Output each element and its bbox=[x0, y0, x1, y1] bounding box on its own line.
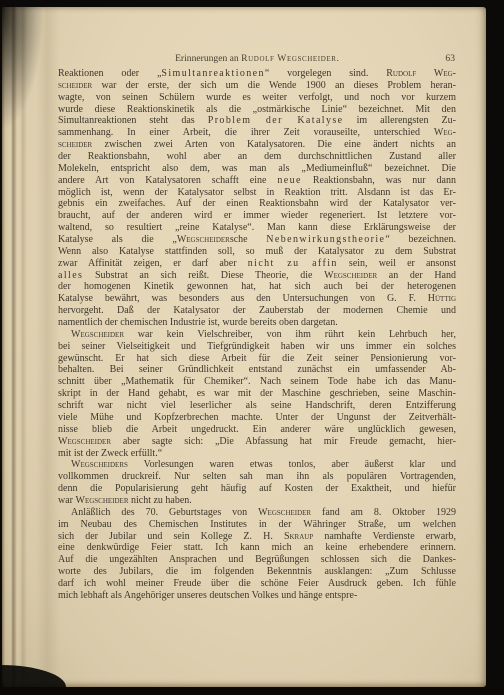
text-block: Erinnerungen an Rudolf Wegscheider. 63 R… bbox=[58, 52, 456, 602]
text-line: Reaktionen oder „Simultanreaktionen“ vor… bbox=[58, 68, 456, 80]
text-line: gebnis ein zweifaches. Auf der einen Rea… bbox=[58, 198, 456, 210]
small-caps-name: Wegscheider bbox=[71, 329, 124, 340]
emphasized-spaced-text: neue bbox=[277, 175, 301, 186]
text-line: alles Substrat an sich reißt. Diese Theo… bbox=[58, 270, 456, 282]
small-caps-name: scheider bbox=[58, 139, 92, 150]
small-caps-name: Rudolf Weg- bbox=[386, 68, 456, 79]
text-run: Reaktionsbahn, was nur dann bbox=[302, 175, 456, 186]
text-line: skript in der Hand gehabt, es war mit de… bbox=[58, 388, 456, 400]
text-line: war Wegscheider nicht zu haben. bbox=[58, 495, 456, 507]
text-run: sich der Jubilar und sein Kollege Z. H. bbox=[58, 531, 284, 542]
text-run: sche bbox=[230, 234, 266, 245]
text-run: viele Mühe und Kopfzerbrechen machte. Un… bbox=[58, 412, 456, 423]
text-line: mich lebhaft als Angehöriger unseres deu… bbox=[58, 590, 456, 602]
text-line: Molekeln, entspricht also dem, was man a… bbox=[58, 163, 456, 175]
text-run: Substrat an sich reißt. Diese Theorie, d… bbox=[83, 270, 324, 281]
emphasized-spaced-text: Simultanreaktionen bbox=[161, 68, 265, 79]
text-line: zwar Affinität zeigen, er darf aber nich… bbox=[58, 258, 456, 270]
emphasized-spaced-text: alles bbox=[58, 270, 83, 281]
text-line: schnitt über „Mathematik für Chemiker“. … bbox=[58, 376, 456, 388]
text-run: bei seiner Vielseitigkeit und Tiefgründi… bbox=[58, 341, 456, 352]
text-run: wagte, von seinen Schülern wurde es weit… bbox=[58, 92, 456, 103]
text-line: darf ich wohl meiner Freude über die sch… bbox=[58, 578, 456, 590]
text-line: der Reaktionsbahn, wohl aber an dem durc… bbox=[58, 151, 456, 163]
text-line: Wegscheider aber sagte sich: „Die Abfass… bbox=[58, 436, 456, 448]
text-run: eine denkwürdige Feier statt. Ich kann m… bbox=[58, 542, 456, 553]
text-line: im Neubau des Chemischen Institutes in d… bbox=[58, 519, 456, 531]
bottom-left-corner-shadow bbox=[0, 665, 66, 689]
text-line: andere Art von Katalysatoren schafft ein… bbox=[58, 175, 456, 187]
text-line: Simultanreaktionen steht das Problem der… bbox=[58, 115, 456, 127]
text-run: zwar Affinität zeigen, er darf aber bbox=[58, 258, 248, 269]
text-run: Reaktionen oder „ bbox=[58, 68, 161, 79]
text-run: Auf die ungezählten Ansprachen und Begrü… bbox=[58, 554, 456, 565]
text-run: waltend, so resultiert „reine Katalyse“.… bbox=[58, 222, 456, 233]
text-run: war bbox=[58, 495, 76, 506]
text-run: Vorlesungen waren etwas tonlos, aber äuß… bbox=[128, 459, 456, 470]
text-run: gewünscht. Er hat sich diese Arbeit für … bbox=[58, 353, 456, 364]
text-run: schnitt über „Mathematik für Chemiker“. … bbox=[58, 376, 456, 387]
gutter-shading bbox=[2, 7, 60, 687]
text-line: eine denkwürdige Feier statt. Ich kann m… bbox=[58, 542, 456, 554]
small-caps-name: Wegscheider bbox=[177, 234, 230, 245]
text-run: Anläßlich des 70. Geburtstages von bbox=[71, 507, 258, 518]
text-line: mit ist der Zweck erfüllt.“ bbox=[58, 448, 456, 460]
text-run: Molekeln, entspricht also dem, was man a… bbox=[58, 163, 456, 174]
text-line: hervorgeht. Daß der Katalysator der Zaub… bbox=[58, 305, 456, 317]
text-run: der Reaktionsbahn, wohl aber an dem durc… bbox=[58, 151, 456, 162]
header-name: Rudolf Wegscheider bbox=[241, 53, 336, 64]
text-run: der homogenen Kinetik gewonnen hat, hat … bbox=[58, 281, 456, 292]
body-text: Reaktionen oder „Simultanreaktionen“ vor… bbox=[58, 68, 456, 602]
text-run: gebnis ein zweifaches. Auf der einen Rea… bbox=[58, 198, 456, 209]
text-run: mit ist der Zweck erfüllt.“ bbox=[58, 448, 162, 459]
text-run: wurde diese Reaktionskinetik als die „os… bbox=[58, 104, 456, 115]
text-run: Wenn also Katalyse stattfinden soll, so … bbox=[58, 246, 456, 257]
text-run: schrift war nicht viel leserlicher als s… bbox=[58, 400, 456, 411]
text-line: Katalyse als die „Wegscheidersche Nebenw… bbox=[58, 234, 456, 246]
book-page: Erinnerungen an Rudolf Wegscheider. 63 R… bbox=[2, 7, 486, 687]
text-run: sammenhang. In einer Arbeit, die ihrer Z… bbox=[58, 127, 434, 138]
text-line: wagte, von seinen Schülern wurde es weit… bbox=[58, 92, 456, 104]
text-run: möglich ist, wenn der Katalysator selbst… bbox=[58, 187, 456, 198]
small-caps-name: scheider bbox=[58, 80, 92, 91]
page-header-title: Erinnerungen an Rudolf Wegscheider. bbox=[175, 53, 339, 64]
text-line: scheider war der erste, der sich um die … bbox=[58, 80, 456, 92]
top-left-spine-shadow bbox=[2, 7, 58, 177]
text-line: der homogenen Kinetik gewonnen hat, hat … bbox=[58, 281, 456, 293]
text-line: Wegscheider war kein Vielschreiber, von … bbox=[58, 329, 456, 341]
text-line: scheider zwischen zwei Arten von Katalys… bbox=[58, 139, 456, 151]
emphasized-spaced-text: nicht zu affin bbox=[248, 258, 338, 269]
text-line: nisse blieb die Arbeit ungedruckt. Ein a… bbox=[58, 424, 456, 436]
text-run: fand am 8. Oktober 1929 bbox=[311, 507, 456, 518]
text-line: Katalyse bewährt, was besonders aus den … bbox=[58, 293, 456, 305]
text-run: war der erste, der sich um die Wende 190… bbox=[92, 80, 456, 91]
text-line: gewünscht. Er hat sich diese Arbeit für … bbox=[58, 353, 456, 365]
text-line: schrift war nicht viel leserlicher als s… bbox=[58, 400, 456, 412]
text-run: “ bezeichnen. bbox=[385, 234, 456, 245]
small-caps-name: Skraup bbox=[284, 531, 313, 542]
text-run: Katalyse als die „ bbox=[58, 234, 177, 245]
text-line: möglich ist, wenn der Katalysator selbst… bbox=[58, 187, 456, 199]
text-run: Katalyse bewährt, was besonders aus den … bbox=[58, 293, 428, 304]
text-run: behalten. Bei seiner Gründlichkeit entst… bbox=[58, 364, 456, 375]
text-run: an der Hand bbox=[377, 270, 456, 281]
text-run: worte des Jubilars, die im folgenden Bek… bbox=[58, 566, 456, 577]
text-run: im allerengsten Zu- bbox=[344, 115, 457, 126]
text-line: worte des Jubilars, die im folgenden Bek… bbox=[58, 566, 456, 578]
small-caps-name: Wegscheider bbox=[58, 436, 111, 447]
text-run: namentlich der chemischen Industrie ist,… bbox=[58, 317, 338, 328]
text-run: zwischen zwei Arten von Katalysatoren. D… bbox=[92, 139, 456, 150]
text-run: aber sagte sich: „Die Abfassung hat mir … bbox=[111, 436, 456, 447]
text-line: Wegscheiders Vorlesungen waren etwas ton… bbox=[58, 459, 456, 471]
text-line: viele Mühe und Kopfzerbrechen machte. Un… bbox=[58, 412, 456, 424]
text-line: wurde diese Reaktionskinetik als die „os… bbox=[58, 104, 456, 116]
text-line: vollkommen druckreif. Nur selten sah man… bbox=[58, 471, 456, 483]
small-caps-name: Hüttig bbox=[428, 293, 456, 304]
text-run: Simultanreaktionen steht das bbox=[58, 115, 208, 126]
text-line: behalten. Bei seiner Gründlichkeit entst… bbox=[58, 364, 456, 376]
text-line: waltend, so resultiert „reine Katalyse“.… bbox=[58, 222, 456, 234]
text-run: sein, weil er ansonst bbox=[338, 258, 456, 269]
text-run: “ vorgelegen sind. bbox=[265, 68, 386, 79]
emphasized-spaced-text: Problem der Katalyse bbox=[208, 115, 344, 126]
text-run: hervorgeht. Daß der Katalysator der Zaub… bbox=[58, 305, 456, 316]
text-line: braucht, auf der anderen wird er immer w… bbox=[58, 210, 456, 222]
small-caps-name: Wegscheider bbox=[76, 495, 129, 506]
text-line: Auf die ungezählten Ansprachen und Begrü… bbox=[58, 554, 456, 566]
text-line: Anläßlich des 70. Geburtstages von Wegsc… bbox=[58, 507, 456, 519]
emphasized-spaced-text: Nebenwirkungstheorie bbox=[266, 234, 385, 245]
text-run: andere Art von Katalysatoren schafft ein… bbox=[58, 175, 277, 186]
text-run: war kein Vielschreiber, von ihm rührt ke… bbox=[124, 329, 456, 340]
text-run: nisse blieb die Arbeit ungedruckt. Ein a… bbox=[58, 424, 456, 435]
text-line: bei seiner Vielseitigkeit und Tiefgründi… bbox=[58, 341, 456, 353]
text-run: darf ich wohl meiner Freude über die sch… bbox=[58, 578, 456, 589]
text-run: vollkommen druckreif. Nur selten sah man… bbox=[58, 471, 456, 482]
text-run: nicht zu haben. bbox=[129, 495, 192, 506]
text-run: mich lebhaft als Angehöriger unseres deu… bbox=[58, 590, 357, 601]
header-text-prefix: Erinnerungen an bbox=[175, 53, 241, 64]
text-run: denn die Popularisierung geht häufig auf… bbox=[58, 483, 456, 494]
page-number: 63 bbox=[445, 52, 455, 65]
text-run: namhafte Verdienste erwarb, bbox=[313, 531, 456, 542]
text-line: denn die Popularisierung geht häufig auf… bbox=[58, 483, 456, 495]
text-run: im Neubau des Chemischen Institutes in d… bbox=[58, 519, 456, 530]
running-header: Erinnerungen an Rudolf Wegscheider. 63 bbox=[58, 52, 456, 65]
small-caps-name: Wegscheiders bbox=[71, 459, 128, 470]
text-line: namentlich der chemischen Industrie ist,… bbox=[58, 317, 456, 329]
small-caps-name: Weg- bbox=[434, 127, 456, 138]
text-run: skript in der Hand gehabt, es war mit de… bbox=[58, 388, 456, 399]
text-line: sich der Jubilar und sein Kollege Z. H. … bbox=[58, 531, 456, 543]
text-run: braucht, auf der anderen wird er immer w… bbox=[58, 210, 456, 221]
small-caps-name: Wegscheider bbox=[324, 270, 377, 281]
book-scan: Erinnerungen an Rudolf Wegscheider. 63 R… bbox=[0, 0, 504, 695]
header-text-suffix: . bbox=[337, 53, 339, 64]
small-caps-name: Wegscheider bbox=[258, 507, 311, 518]
text-line: Wenn also Katalyse stattfinden soll, so … bbox=[58, 246, 456, 258]
text-line: sammenhang. In einer Arbeit, die ihrer Z… bbox=[58, 127, 456, 139]
